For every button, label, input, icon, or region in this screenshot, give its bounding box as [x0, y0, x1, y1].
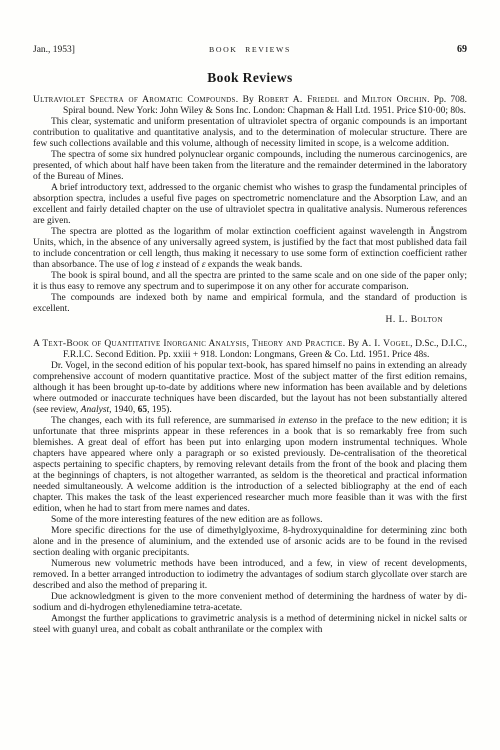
review-2-body: Dr. Vogel, in the second edition of his … [33, 361, 467, 636]
text-run: A brief introductory text, addressed to … [33, 183, 467, 226]
page-header: Jan., 1953] BOOK REVIEWS 69 [33, 44, 467, 56]
text-run: A Text-Book of Quantitative Inorganic An… [33, 339, 345, 349]
header-date: Jan., 1953] [33, 45, 143, 56]
review-1-heading: Ultraviolet Spectra of Aromatic Compound… [33, 95, 467, 117]
text-run: This clear, systematic and uniform prese… [33, 117, 467, 149]
text-run: Due acknowledgment is given to the more … [33, 592, 467, 613]
paragraph: The compounds are indexed both by name a… [33, 293, 467, 315]
document-page: Jan., 1953] BOOK REVIEWS 69 Book Reviews… [0, 0, 500, 750]
paragraph: The spectra of some six hundred polynucl… [33, 150, 467, 183]
paragraph: Some of the more interesting features of… [33, 515, 467, 526]
text-run: The changes, each with its full referenc… [51, 416, 278, 426]
review-quantitative-inorganic-analysis: A Text-Book of Quantitative Inorganic An… [33, 339, 467, 636]
text-run: , 1940, [109, 405, 138, 415]
text-run: By [238, 95, 258, 105]
text-run: Robert A. Friedel [258, 95, 339, 105]
review-1-body: This clear, systematic and uniform prese… [33, 117, 467, 315]
text-run: expands the weak bands. [205, 260, 302, 270]
paragraph: Numerous new volumetric methods have bee… [33, 559, 467, 592]
text-run: in extenso [278, 416, 317, 426]
text-run: and [339, 95, 361, 105]
text-run: Ultraviolet Spectra of Aromatic Compound… [33, 95, 238, 105]
text-run: instead of [160, 260, 202, 270]
page-title: Book Reviews [33, 72, 467, 83]
text-run: Amongst the further applications to grav… [33, 614, 467, 635]
text-run: Milton Orchin [362, 95, 427, 105]
paragraph: The changes, each with its full referenc… [33, 416, 467, 515]
paragraph: The book is spiral bound, and all the sp… [33, 271, 467, 293]
text-run: The book is spiral bound, and all the sp… [33, 271, 467, 292]
review-2-heading: A Text-Book of Quantitative Inorganic An… [33, 339, 467, 361]
text-run: Some of the more interesting features of… [51, 515, 322, 525]
review-ultraviolet-spectra: Ultraviolet Spectra of Aromatic Compound… [33, 95, 467, 326]
paragraph: This clear, systematic and uniform prese… [33, 117, 467, 150]
header-running-title: BOOK REVIEWS [143, 44, 357, 55]
text-run: A. I. Vogel [362, 339, 411, 349]
paragraph: Due acknowledgment is given to the more … [33, 592, 467, 614]
reviewer-signature: H. L. Bolton [33, 315, 467, 326]
paragraph: Amongst the further applications to grav… [33, 614, 467, 636]
paragraph: Dr. Vogel, in the second edition of his … [33, 361, 467, 416]
paragraph: The spectra are plotted as the logarithm… [33, 227, 467, 271]
text-run: Analyst [81, 405, 110, 415]
text-run: The spectra of some six hundred polynucl… [33, 150, 467, 182]
paragraph: A brief introductory text, addressed to … [33, 183, 467, 227]
header-page-number: 69 [357, 44, 467, 55]
text-run: in the preface to the new edition; it is… [33, 416, 467, 514]
text-run: Numerous new volumetric methods have bee… [33, 559, 467, 591]
text-run: , 195). [147, 405, 172, 415]
text-run: 65 [138, 405, 148, 415]
text-run: More specific directions for the use of … [33, 526, 467, 558]
paragraph: More specific directions for the use of … [33, 526, 467, 559]
text-run: By [345, 339, 361, 349]
text-run: The compounds are indexed both by name a… [33, 293, 467, 314]
